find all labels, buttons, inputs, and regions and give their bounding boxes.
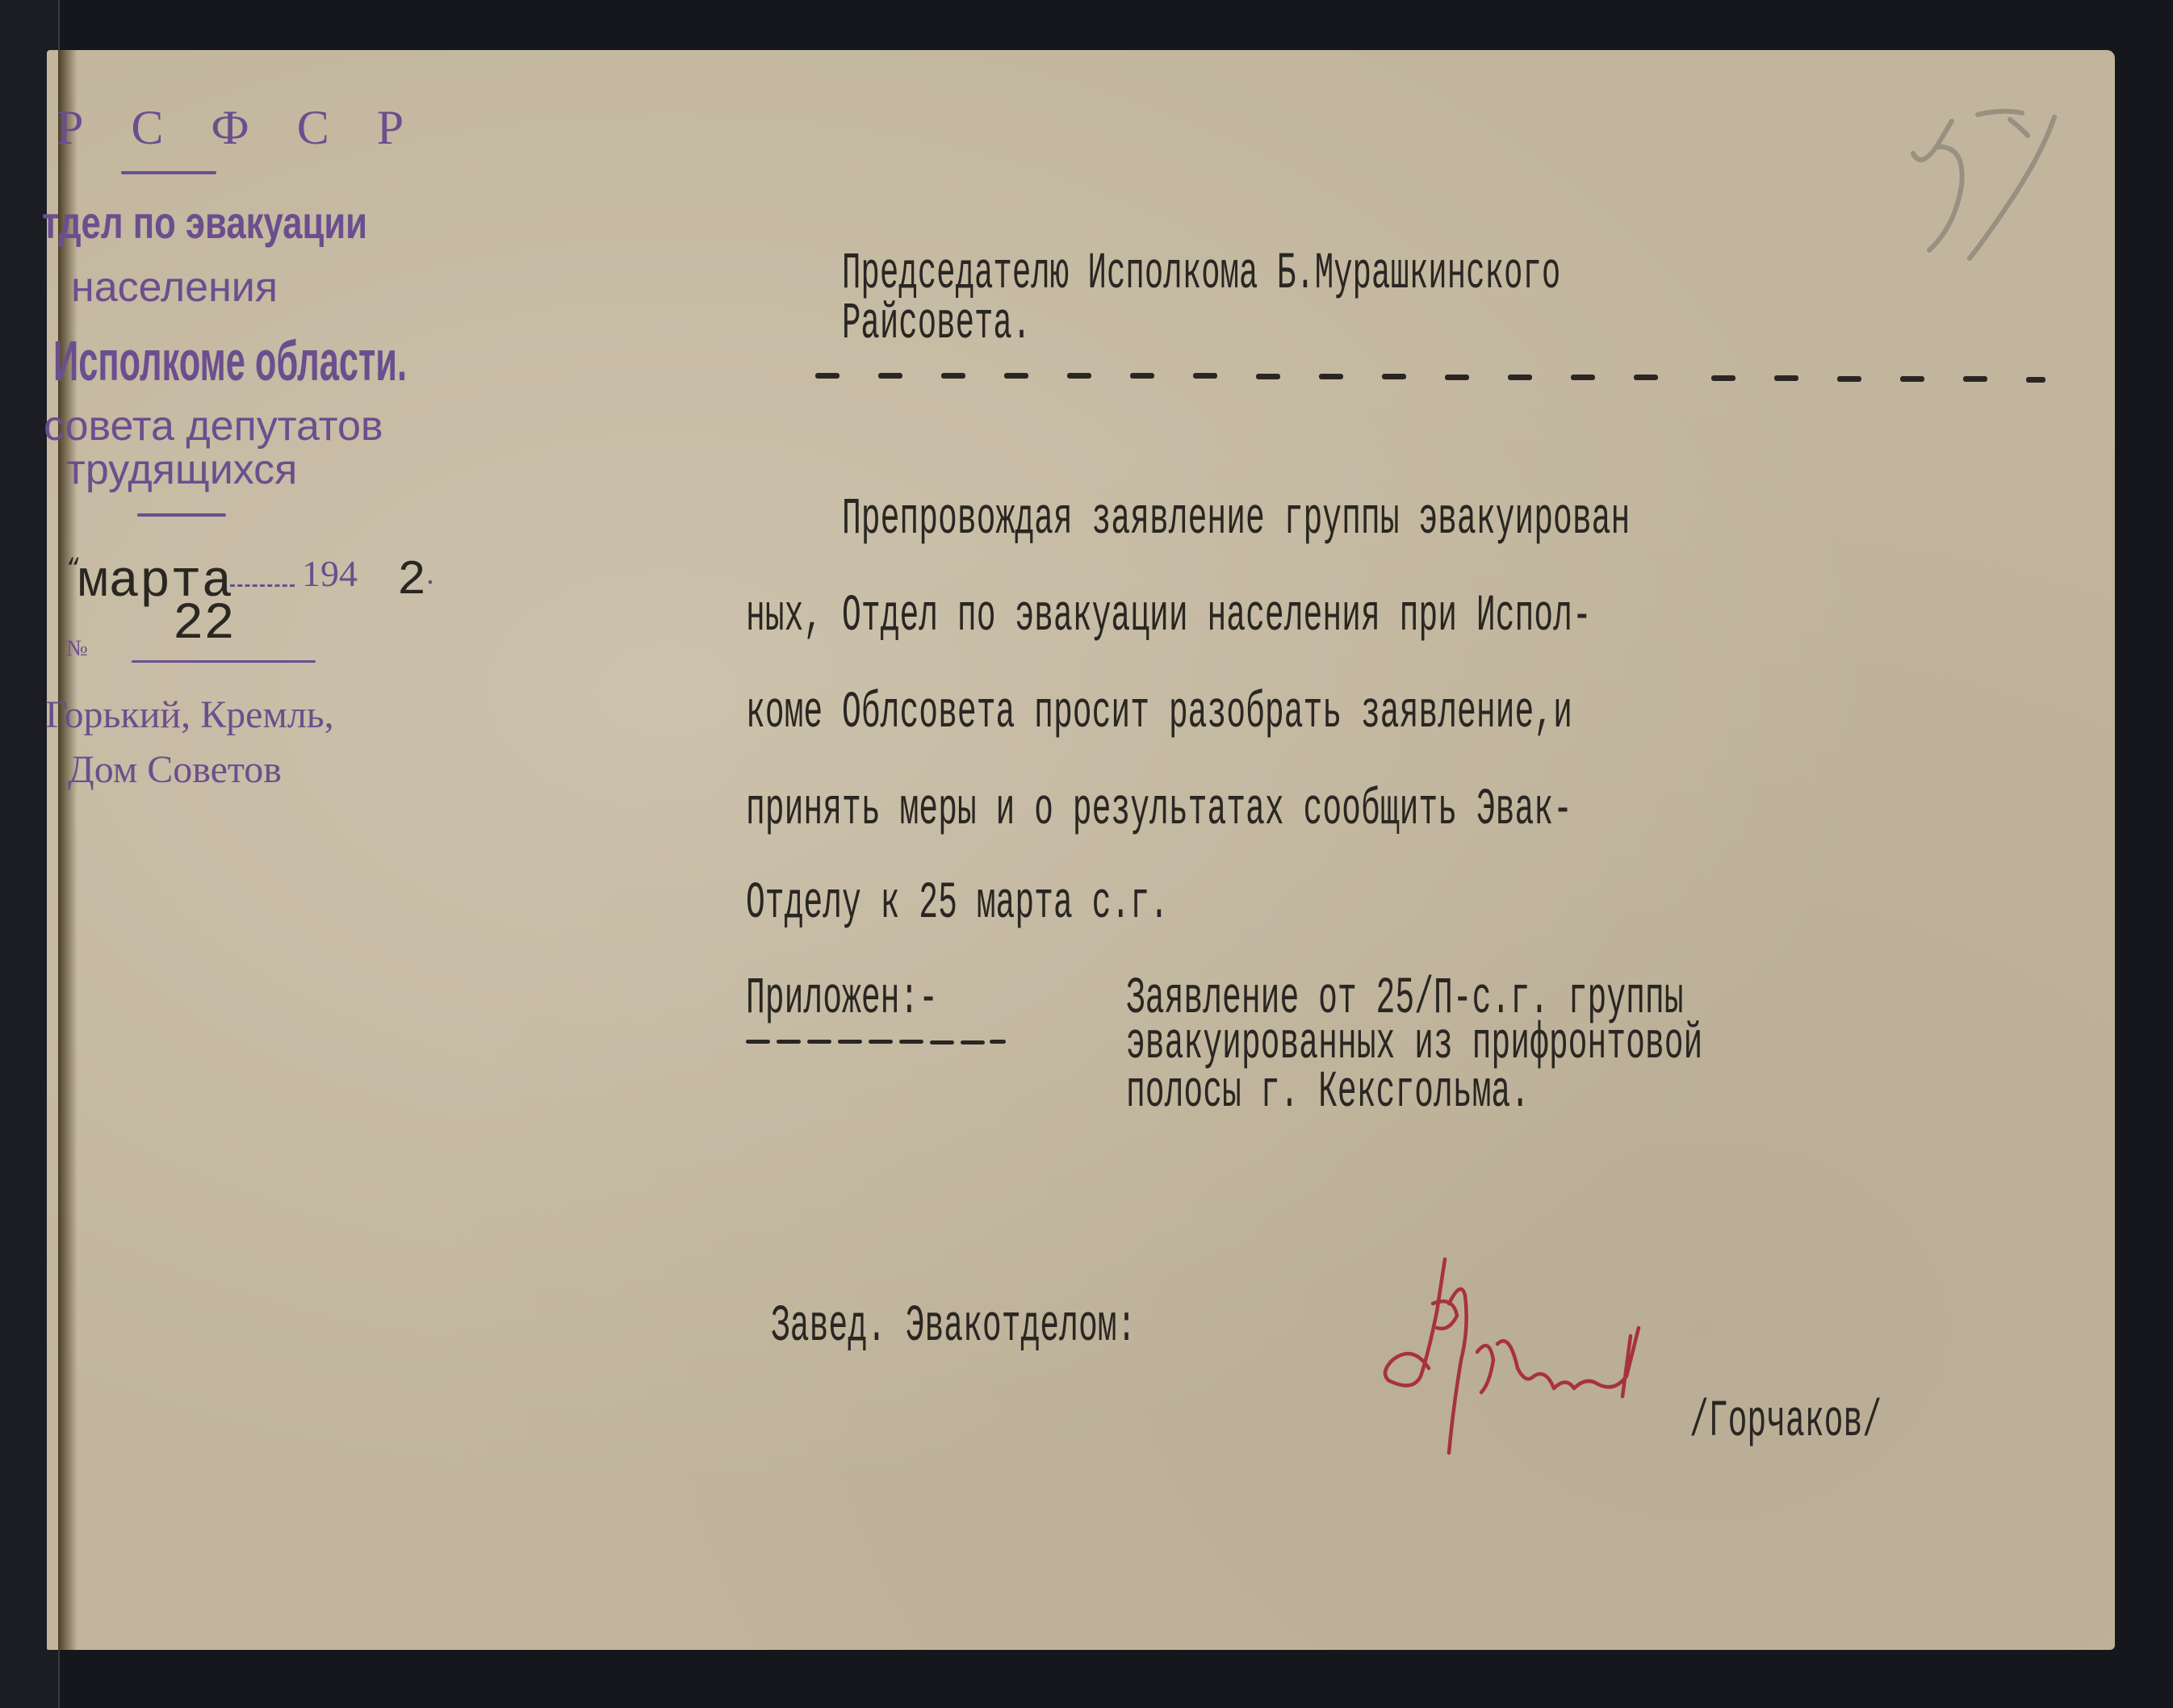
- stamp-dept-line4: совета депутатов: [44, 405, 383, 447]
- handwritten-signature: [1356, 1255, 1655, 1465]
- addressee-line2: Райсовета.: [842, 299, 1031, 350]
- stamp-divider-2: [137, 513, 226, 517]
- stamp-country: Р С Ф С Р: [57, 103, 421, 152]
- body-line-1: Препровождая заявление группы эвакуирова…: [842, 494, 1630, 546]
- body-line-3: коме Облсовета просит разобрать заявлени…: [746, 688, 1572, 739]
- stamp-address-line2: Дом Советов: [68, 751, 282, 789]
- date-dotted-line: [230, 584, 295, 587]
- archive-page-number: [1889, 97, 2099, 266]
- number-underline: [132, 660, 316, 663]
- stamp-dept-line5: трудящихся: [66, 449, 297, 491]
- body-line-2: ных, Отдел по эвакуации населения при Ис…: [746, 591, 1592, 643]
- outgoing-number: 22: [173, 599, 235, 651]
- attachment-line-2: эвакуированных из прифронтовой: [1126, 1019, 1702, 1070]
- stamp-number-label: №: [66, 638, 88, 660]
- stamp-g-dot: .: [426, 557, 434, 589]
- attachment-label: Приложен:-: [746, 973, 938, 1025]
- stamp-dept-line3: Исполкоме области.: [53, 333, 407, 389]
- body-line-5: Отделу к 25 марта с.г.: [746, 878, 1169, 930]
- stamp-year-prefix: 194: [302, 555, 358, 592]
- stamp-divider: [121, 171, 216, 174]
- addressee-line1: Председателю Исполкома Б.Мурашкинского: [842, 249, 1560, 300]
- signatory-title: Завед. Эвакотделом:: [771, 1301, 1136, 1353]
- stamp-address-line1: Горький, Кремль,: [45, 696, 334, 735]
- signatory-name: /Горчаков/: [1689, 1396, 1882, 1448]
- date-year-suffix: 2: [397, 557, 426, 605]
- stamp-dept-line2: населения: [71, 266, 278, 308]
- body-line-4: принять меры и о результатах сообщить Эв…: [746, 785, 1572, 836]
- attachment-line-3: полосы г. Кексгольма.: [1126, 1067, 1530, 1119]
- stamp-dept-line1: тдел по эвакуации: [42, 200, 367, 245]
